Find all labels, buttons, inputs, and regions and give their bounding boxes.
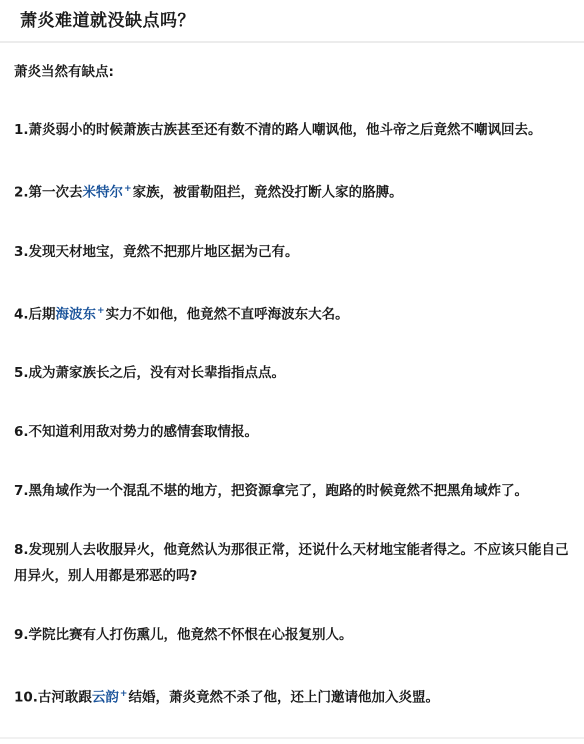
keyword-link-yunyun[interactable]: 云韵	[92, 690, 119, 706]
item-text: 实力不如他，他竟然不直呼海波东大名。	[106, 306, 349, 322]
item-text: 1.萧炎弱小的时候萧族古族甚至还有数不清的路人嘲讽他，他斗帝之后竟然不嘲讽回去。	[14, 122, 542, 138]
item-text: 3.发现天材地宝，竟然不把那片地区据为己有。	[14, 244, 299, 260]
list-item-10: 10.古河敢跟云韵+结婚，萧炎竟然不杀了他，还上门邀请他加入炎盟。	[14, 681, 570, 711]
item-text: 2.第一次去	[14, 185, 83, 201]
answer-content: 萧炎当然有缺点: 1.萧炎弱小的时候萧族古族甚至还有数不清的路人嘲讽他，他斗帝之…	[0, 43, 584, 711]
keyword-link-miteer[interactable]: 米特尔	[83, 185, 124, 201]
item-text: 结婚，萧炎竟然不杀了他，还上门邀请他加入炎盟。	[128, 690, 439, 706]
list-item-8: 8.发现别人去收服异火，他竟然认为那很正常，还说什么天材地宝能者得之。不应该只能…	[14, 537, 570, 589]
plus-icon: +	[120, 689, 128, 699]
item-text: 8.发现别人去收服异火，他竟然认为那很正常，还说什么天材地宝能者得之。不应该只能…	[14, 542, 569, 584]
plus-icon: +	[124, 184, 132, 194]
list-item-9: 9.学院比赛有人打伤熏儿，他竟然不怀恨在心报复别人。	[14, 622, 570, 648]
item-text: 10.古河敢跟	[14, 690, 92, 706]
list-item-7: 7.黑角域作为一个混乱不堪的地方，把资源拿完了，跑路的时候竟然不把黑角域炸了。	[14, 478, 570, 504]
answer-intro: 萧炎当然有缺点:	[14, 59, 570, 85]
question-header: 萧炎难道就没缺点吗？	[0, 0, 584, 43]
item-text: 5.成为萧家族长之后，没有对长辈指指点点。	[14, 365, 285, 381]
item-text: 6.不知道利用敌对势力的感情套取情报。	[14, 424, 258, 440]
list-item-3: 3.发现天材地宝，竟然不把那片地区据为己有。	[14, 239, 570, 265]
list-item-1: 1.萧炎弱小的时候萧族古族甚至还有数不清的路人嘲讽他，他斗帝之后竟然不嘲讽回去。	[14, 117, 570, 143]
list-item-2: 2.第一次去米特尔+家族，被雷勒阻拦，竟然没打断人家的胳膊。	[14, 176, 570, 206]
item-text: 4.后期	[14, 306, 56, 322]
item-text: 家族，被雷勒阻拦，竟然没打断人家的胳膊。	[133, 185, 403, 201]
list-item-5: 5.成为萧家族长之后，没有对长辈指指点点。	[14, 360, 570, 386]
list-item-6: 6.不知道利用敌对势力的感情套取情报。	[14, 419, 570, 445]
plus-icon: +	[97, 306, 105, 316]
item-text: 7.黑角域作为一个混乱不堪的地方，把资源拿完了，跑路的时候竟然不把黑角域炸了。	[14, 483, 528, 499]
bottom-divider	[0, 737, 584, 739]
list-item-4: 4.后期海波东+实力不如他，他竟然不直呼海波东大名。	[14, 298, 570, 328]
question-title[interactable]: 萧炎难道就没缺点吗？	[20, 9, 584, 33]
item-text: 9.学院比赛有人打伤熏儿，他竟然不怀恨在心报复别人。	[14, 627, 353, 643]
keyword-link-haibodong[interactable]: 海波东	[56, 306, 97, 322]
